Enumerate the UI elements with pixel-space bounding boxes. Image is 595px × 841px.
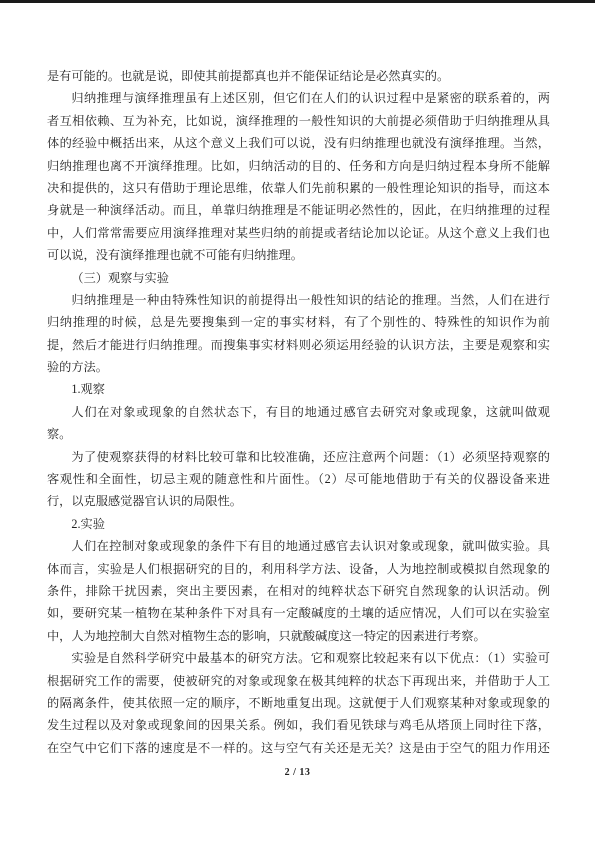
text-line: 体而言，实验是人们根据研究的目的，利用科学方法、设备，人为地控制或模拟自然现象的 <box>47 558 550 580</box>
text-line: 实验是自然科学研究中最基本的研究方法。它和观察比较起来有以下优点：（1）实验可 <box>47 647 550 669</box>
text-line: 人们在对象或现象的自然状态下，有目的地通过感官去研究对象或现象，这就叫做观 <box>47 401 550 423</box>
text-line: 是有可能的。也就是说，即使其前提都真也并不能保证结论是必然真实的。 <box>47 65 550 87</box>
page-top-border <box>0 0 595 3</box>
text-line: 中，人为地控制大自然对植物生态的影响，只就酸碱度这一特定的因素进行考察。 <box>47 625 550 647</box>
text-line: 根据研究工作的需要，使被研究的对象或现象在极其纯粹的状态下再现出来，并借助于人工 <box>47 670 550 692</box>
text-line: 归纳推理是一种由特殊性知识的前提得出一般性知识的结论的推理。当然，人们在进行 <box>47 289 550 311</box>
text-line: 决和提供的，这只有借助于理论思维，依靠人们先前积累的一般性理论知识的指导，而这本 <box>47 177 550 199</box>
text-line: 行，以克服感觉器官认识的局限性。 <box>47 490 550 512</box>
text-line: 发生过程以及对象或现象间的因果关系。例如，我们看见铁球与鸡毛从塔顶上同时往下落， <box>47 714 550 736</box>
text-line: 验的方法。 <box>47 356 550 378</box>
text-line: 中，人们常常需要应用演绎推理对某些归纳的前提或者结论加以论证。从这个意义上我们也 <box>47 222 550 244</box>
text-line: 的隔离条件，使其依照一定的顺序，不断地重复出现。这就便于人们观察某种对象或现象的 <box>47 692 550 714</box>
text-line: 条件，排除干扰因素，突出主要因素，在相对的纯粹状态下研究自然现象的认识活动。例 <box>47 580 550 602</box>
text-line: 在空气中它们下落的速度是不一样的。这与空气有关还是无关？这是由于空气的阻力作用还 <box>47 737 550 759</box>
text-line: 身就是一种演绎活动。而且，单靠归纳推理是不能证明必然性的，因此，在归纳推理的过程 <box>47 199 550 221</box>
text-line: 体的经验中概括出来，从这个意义上我们可以说，没有归纳推理也就没有演绎推理。当然， <box>47 132 550 154</box>
text-line: 如，要研究某一植物在某种条件下对具有一定酸碱度的土壤的适应情况，人们可以在实验室 <box>47 602 550 624</box>
text-line: 1.观察 <box>47 378 550 400</box>
text-line: 归纳推理的时候，总是先要搜集到一定的事实材料，有了个别性的、特殊性的知识作为前 <box>47 311 550 333</box>
text-content: 是有可能的。也就是说，即使其前提都真也并不能保证结论是必然真实的。归纳推理与演绎… <box>47 65 550 759</box>
text-line: 可以说，没有演绎推理也就不可能有归纳推理。 <box>47 244 550 266</box>
page-number: 2 / 13 <box>0 767 595 778</box>
text-line: 2.实验 <box>47 513 550 535</box>
text-line: 人们在控制对象或现象的条件下有目的地通过感官去认识对象或现象，就叫做实验。具 <box>47 535 550 557</box>
text-line: 者互相依赖、互为补充，比如说，演绎推理的一般性知识的大前提必须借助于归纳推理从具 <box>47 110 550 132</box>
text-line: 客观性和全面性，切忌主观的随意性和片面性。（2）尽可能地借助于有关的仪器设备来进 <box>47 468 550 490</box>
text-line: 归纳推理也离不开演绎推理。比如，归纳活动的目的、任务和方向是归纳过程本身所不能解 <box>47 155 550 177</box>
text-line: 归纳推理与演绎推理虽有上述区别，但它们在人们的认识过程中是紧密的联系着的，两 <box>47 87 550 109</box>
text-line: 为了使观察获得的材料比较可靠和比较准确，还应注意两个问题：（1）必须坚持观察的 <box>47 446 550 468</box>
text-line: （三）观察与实验 <box>47 267 550 289</box>
document-page: 是有可能的。也就是说，即使其前提都真也并不能保证结论是必然真实的。归纳推理与演绎… <box>0 0 595 841</box>
text-line: 察。 <box>47 423 550 445</box>
text-line: 提，然后才能进行归纳推理。而搜集事实材料则必须运用经验的认识方法，主要是观察和实 <box>47 334 550 356</box>
